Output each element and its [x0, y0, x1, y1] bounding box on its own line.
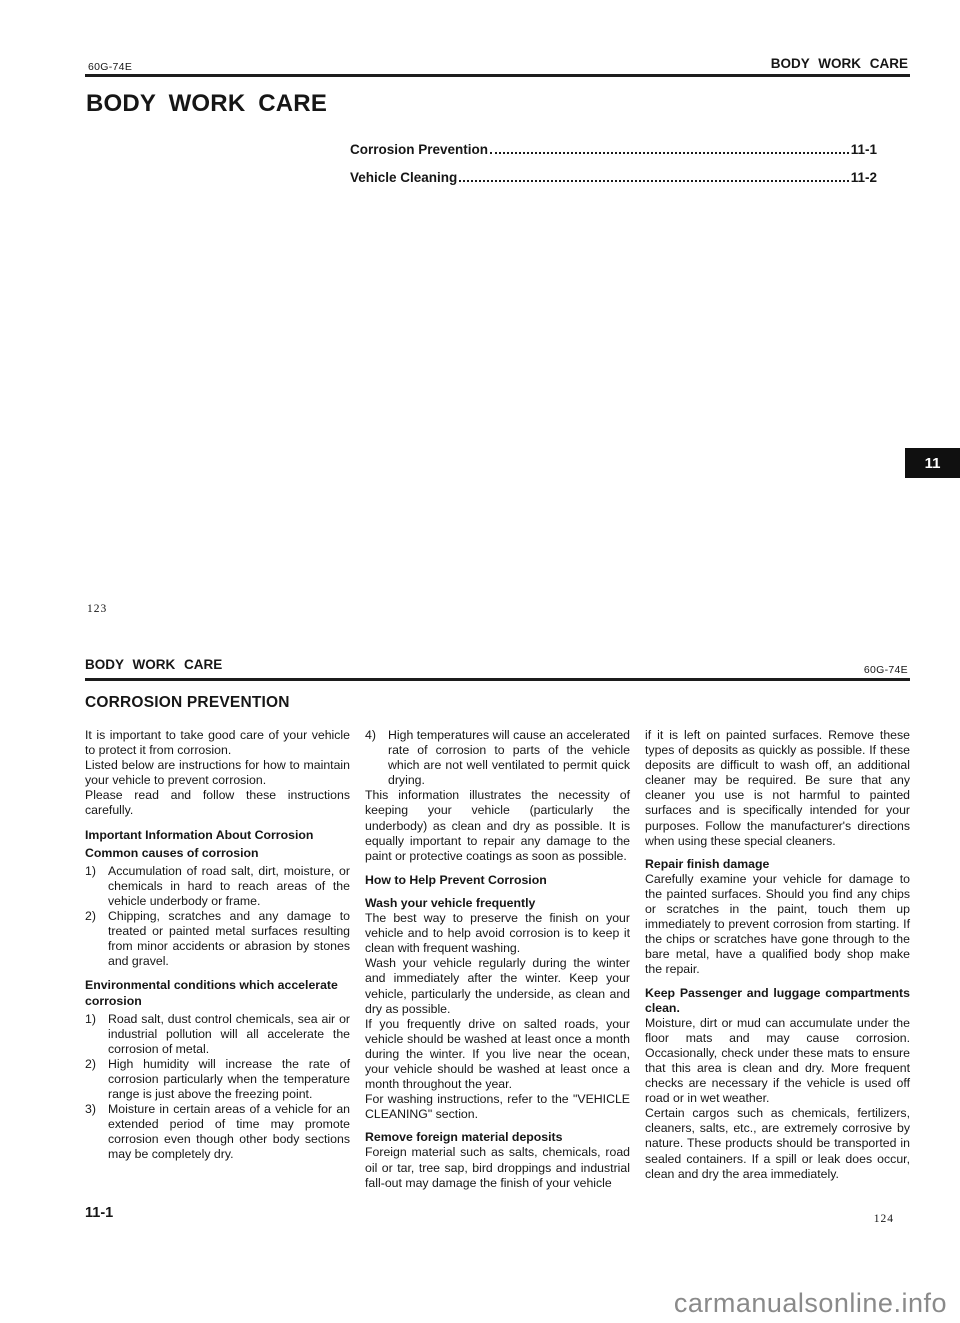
list-item-number: 2)	[85, 1057, 108, 1102]
doc-code-bottom: 60G-74E	[864, 664, 908, 676]
list-item-text: Moisture in certain areas of a vehicle f…	[108, 1102, 350, 1162]
header-rule-bottom	[85, 678, 910, 681]
paragraph: Please read and follow these instruction…	[85, 788, 350, 818]
list-item: 4)High temperatures will cause an accele…	[365, 728, 630, 788]
scan-page-number-top: 123	[87, 603, 107, 615]
list-item: 2)Chipping, scratches and any damage to …	[85, 909, 350, 969]
subsection-heading: Common causes of corrosion	[85, 846, 350, 861]
header-chapter-title: BODY WORK CARE	[771, 56, 908, 71]
list-item: 1)Road salt, dust control chemicals, sea…	[85, 1012, 350, 1057]
subsection-heading: Important Information About Corrosion	[85, 828, 350, 843]
list-item-number: 3)	[85, 1102, 108, 1162]
body-text-columns: It is important to take good care of you…	[85, 728, 910, 1191]
paragraph: This information illustrates the necessi…	[365, 788, 630, 863]
toc-entry: Corrosion Prevention11-1	[350, 130, 877, 158]
watermark-text: carmanualsonline.info	[674, 1288, 947, 1319]
toc-entry: Vehicle Cleaning11-2	[350, 158, 877, 186]
toc-entry-page-ref: 11-1	[851, 142, 877, 158]
paragraph: The best way to preserve the finish on y…	[365, 911, 630, 956]
paragraph: Moisture, dirt or mud can accumulate und…	[645, 1016, 910, 1107]
list-item-number: 2)	[85, 909, 108, 969]
subsection-heading: Environmental conditions which accelerat…	[85, 978, 350, 1008]
toc-entry-label: Vehicle Cleaning	[350, 170, 457, 186]
run-in-heading: Repair finish damage	[645, 857, 910, 872]
list-item: 3)Moisture in certain areas of a vehicle…	[85, 1102, 350, 1162]
text-column: if it is left on painted surfaces. Remov…	[645, 728, 910, 1191]
paragraph: Foreign material such as salts, chemical…	[365, 1145, 630, 1190]
list-item-text: High humidity will increase the rate of …	[108, 1057, 350, 1102]
manual-page-number: 11-1	[85, 1205, 113, 1221]
list-item: 1)Accumulation of road salt, dirt, moist…	[85, 864, 350, 909]
list-item: 2)High humidity will increase the rate o…	[85, 1057, 350, 1102]
list-item-number: 1)	[85, 864, 108, 909]
list-item-text: Chipping, scratches and any damage to tr…	[108, 909, 350, 969]
header-chapter-title-bottom: BODY WORK CARE	[85, 657, 222, 672]
toc-dot-leader	[459, 179, 848, 182]
paragraph: For washing instructions, refer to the "…	[365, 1092, 630, 1122]
chapter-tab: 11	[905, 448, 960, 478]
list-item-text: Road salt, dust control chemicals, sea a…	[108, 1012, 350, 1057]
text-column: It is important to take good care of you…	[85, 728, 350, 1191]
paragraph: Carefully examine your vehicle for damag…	[645, 872, 910, 978]
doc-code-top: 60G-74E	[88, 61, 132, 73]
paragraph: if it is left on painted surfaces. Remov…	[645, 728, 910, 849]
toc-dot-leader	[490, 151, 849, 154]
scan-page-number-bottom: 124	[874, 1213, 894, 1225]
header-rule	[85, 74, 910, 77]
table-of-contents: Corrosion Prevention11-1Vehicle Cleaning…	[350, 130, 877, 186]
page-title: BODY WORK CARE	[86, 90, 327, 118]
paragraph: Wash your vehicle regularly during the w…	[365, 956, 630, 1016]
list-item-number: 4)	[365, 728, 388, 788]
run-in-heading: Keep Passenger and luggage compartments …	[645, 986, 910, 1016]
list-item-text: High temperatures will cause an accelera…	[388, 728, 630, 788]
paragraph: If you frequently drive on salted roads,…	[365, 1017, 630, 1092]
run-in-heading: Remove foreign material deposits	[365, 1130, 630, 1145]
run-in-heading: Wash your vehicle frequently	[365, 896, 630, 911]
manual-scan-sheet: 60G-74E BODY WORK CARE BODY WORK CARE Co…	[0, 0, 960, 1323]
paragraph: It is important to take good care of you…	[85, 728, 350, 758]
list-item-number: 1)	[85, 1012, 108, 1057]
text-column: 4)High temperatures will cause an accele…	[365, 728, 630, 1191]
toc-entry-label: Corrosion Prevention	[350, 142, 488, 158]
toc-entry-page-ref: 11-2	[851, 170, 877, 186]
subsection-heading: How to Help Prevent Corrosion	[365, 873, 630, 888]
paragraph: Certain cargos such as chemicals, fertil…	[645, 1106, 910, 1181]
paragraph: Listed below are instructions for how to…	[85, 758, 350, 788]
list-item-text: Accumulation of road salt, dirt, moistur…	[108, 864, 350, 909]
section-title: CORROSION PREVENTION	[85, 694, 290, 712]
